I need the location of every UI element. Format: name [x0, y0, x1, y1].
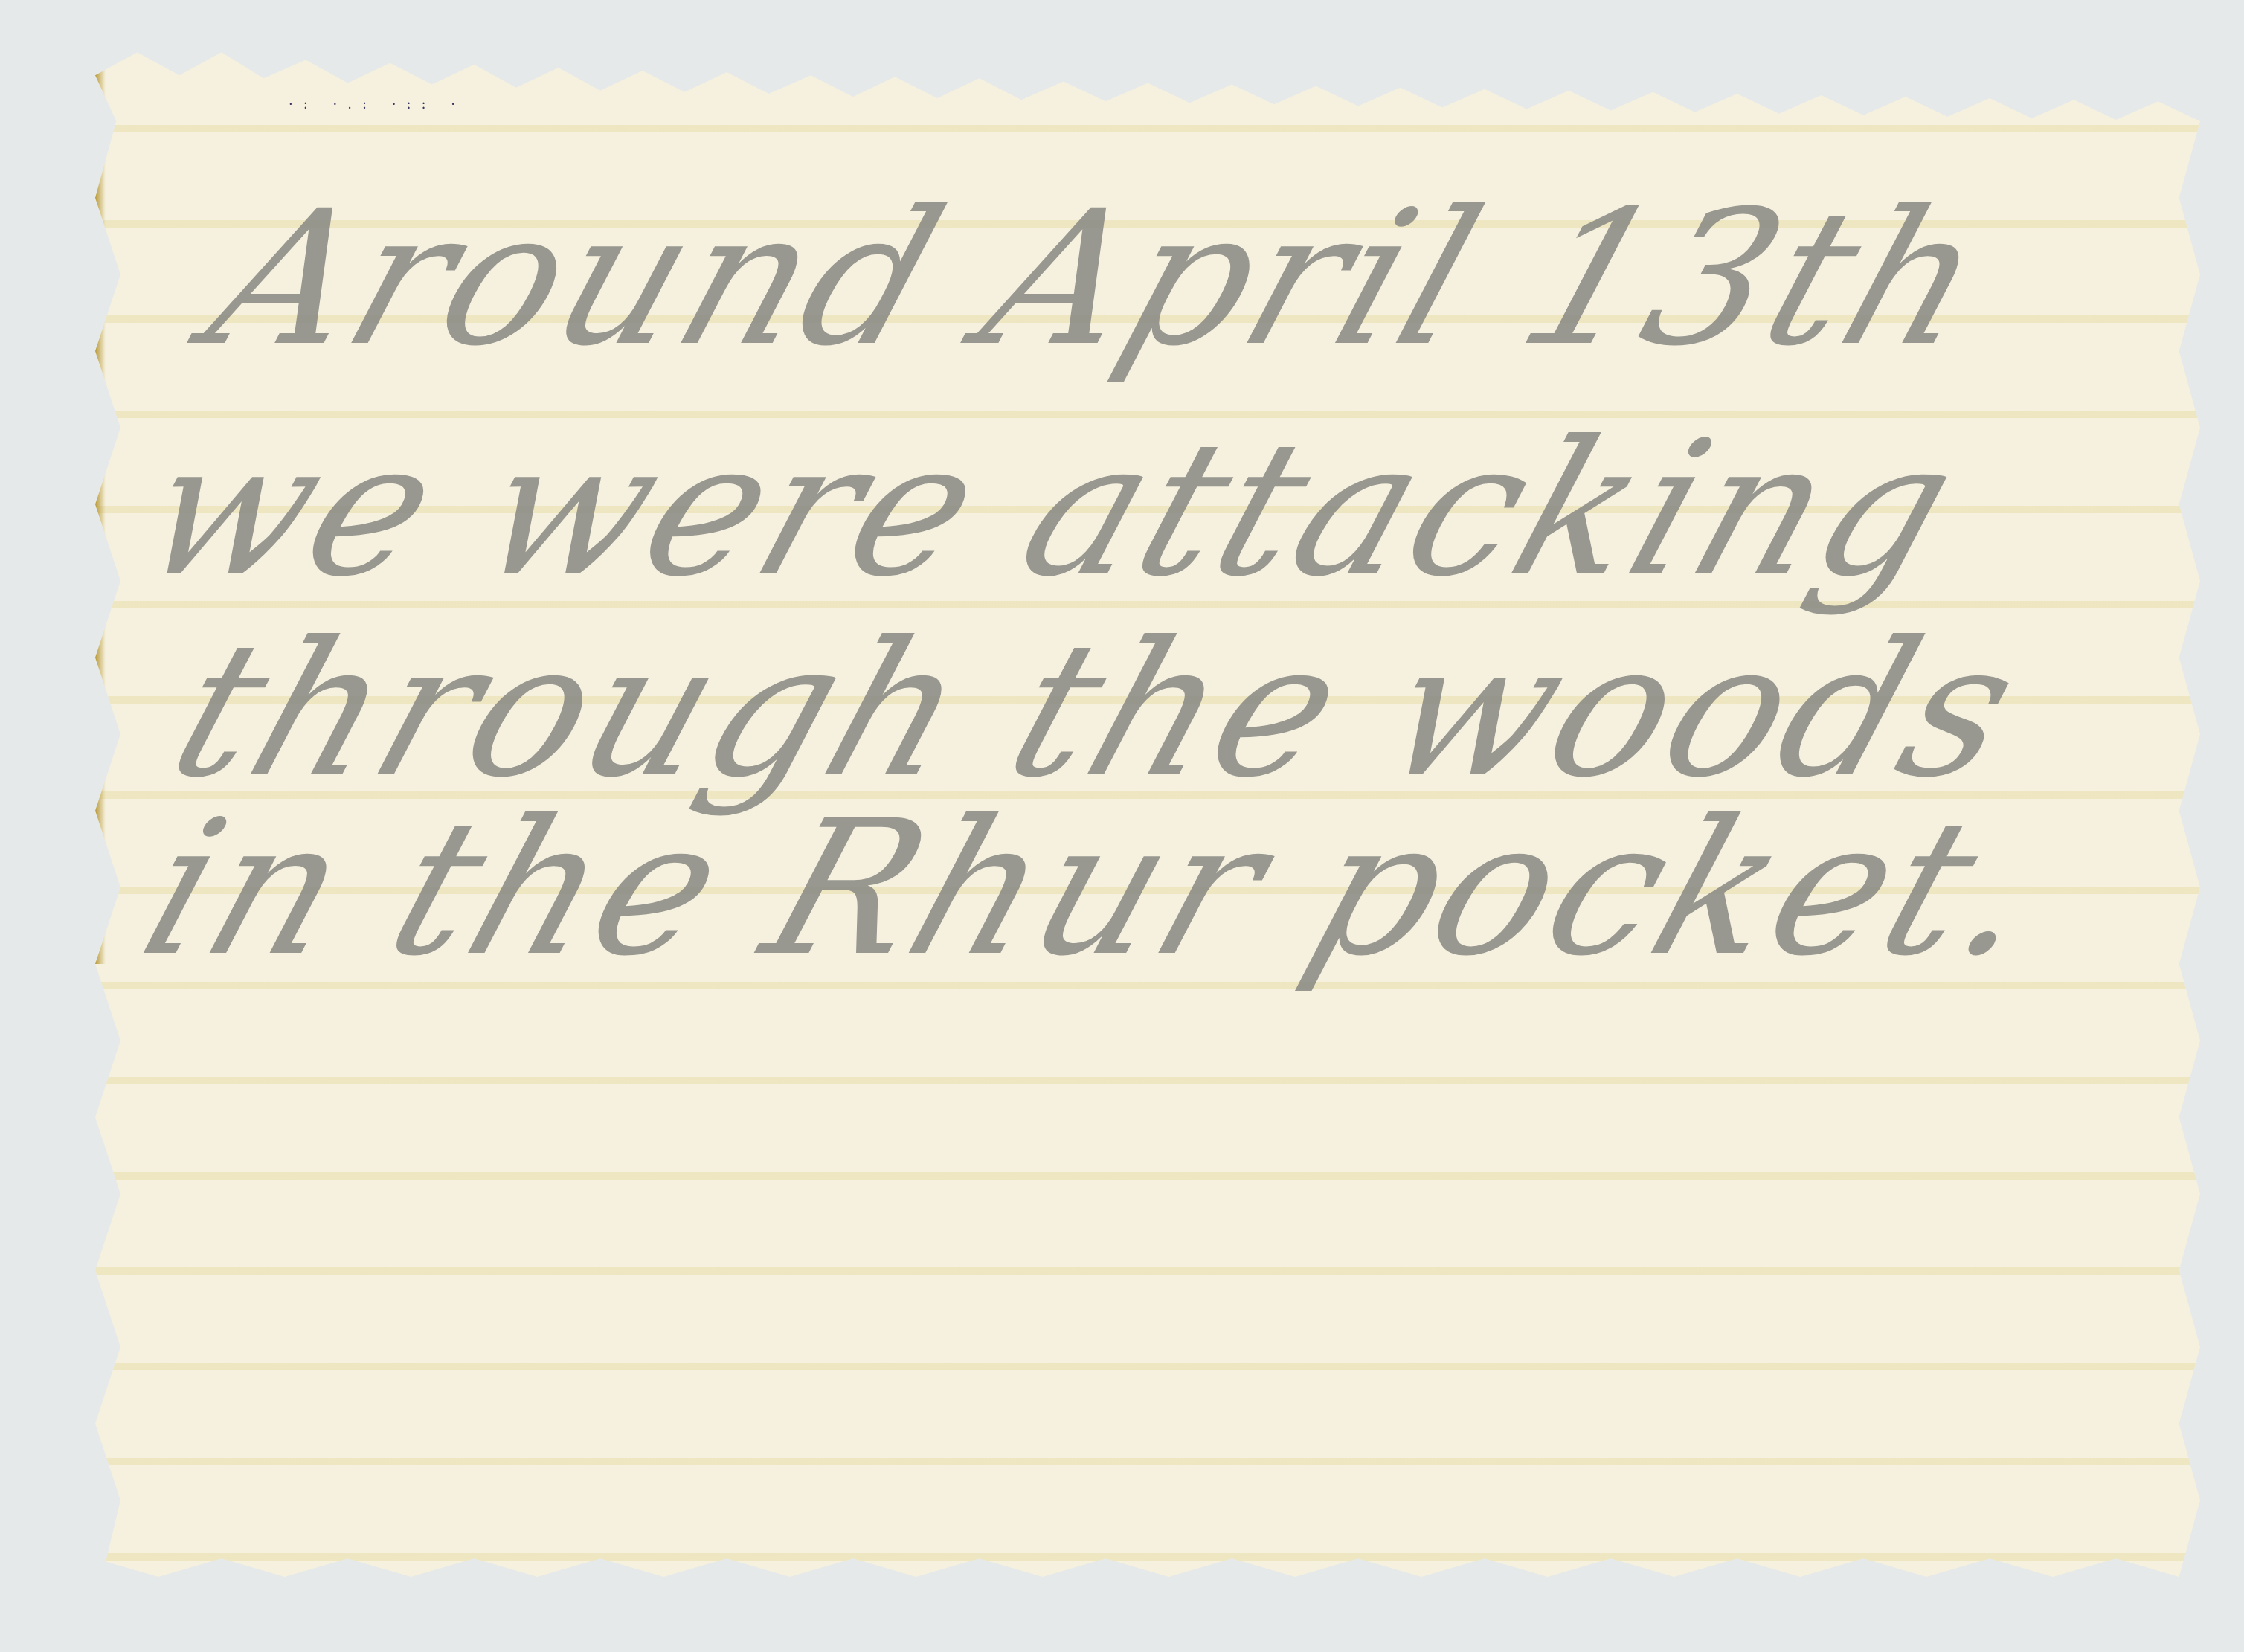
age-stain — [95, 45, 106, 964]
handwriting-line-3: through the woods — [154, 617, 2039, 803]
handwriting-line-2: we were attacking — [124, 417, 1977, 602]
note-card: ·: ·.: ·:: · Around April 13th we were a… — [95, 45, 2200, 1577]
handwriting-line-4: in the Rhur pocket. — [124, 796, 2063, 982]
handwriting-line-1: Around April 13th — [191, 186, 2006, 372]
ink-specks: ·: ·.: ·:: · — [289, 97, 466, 112]
